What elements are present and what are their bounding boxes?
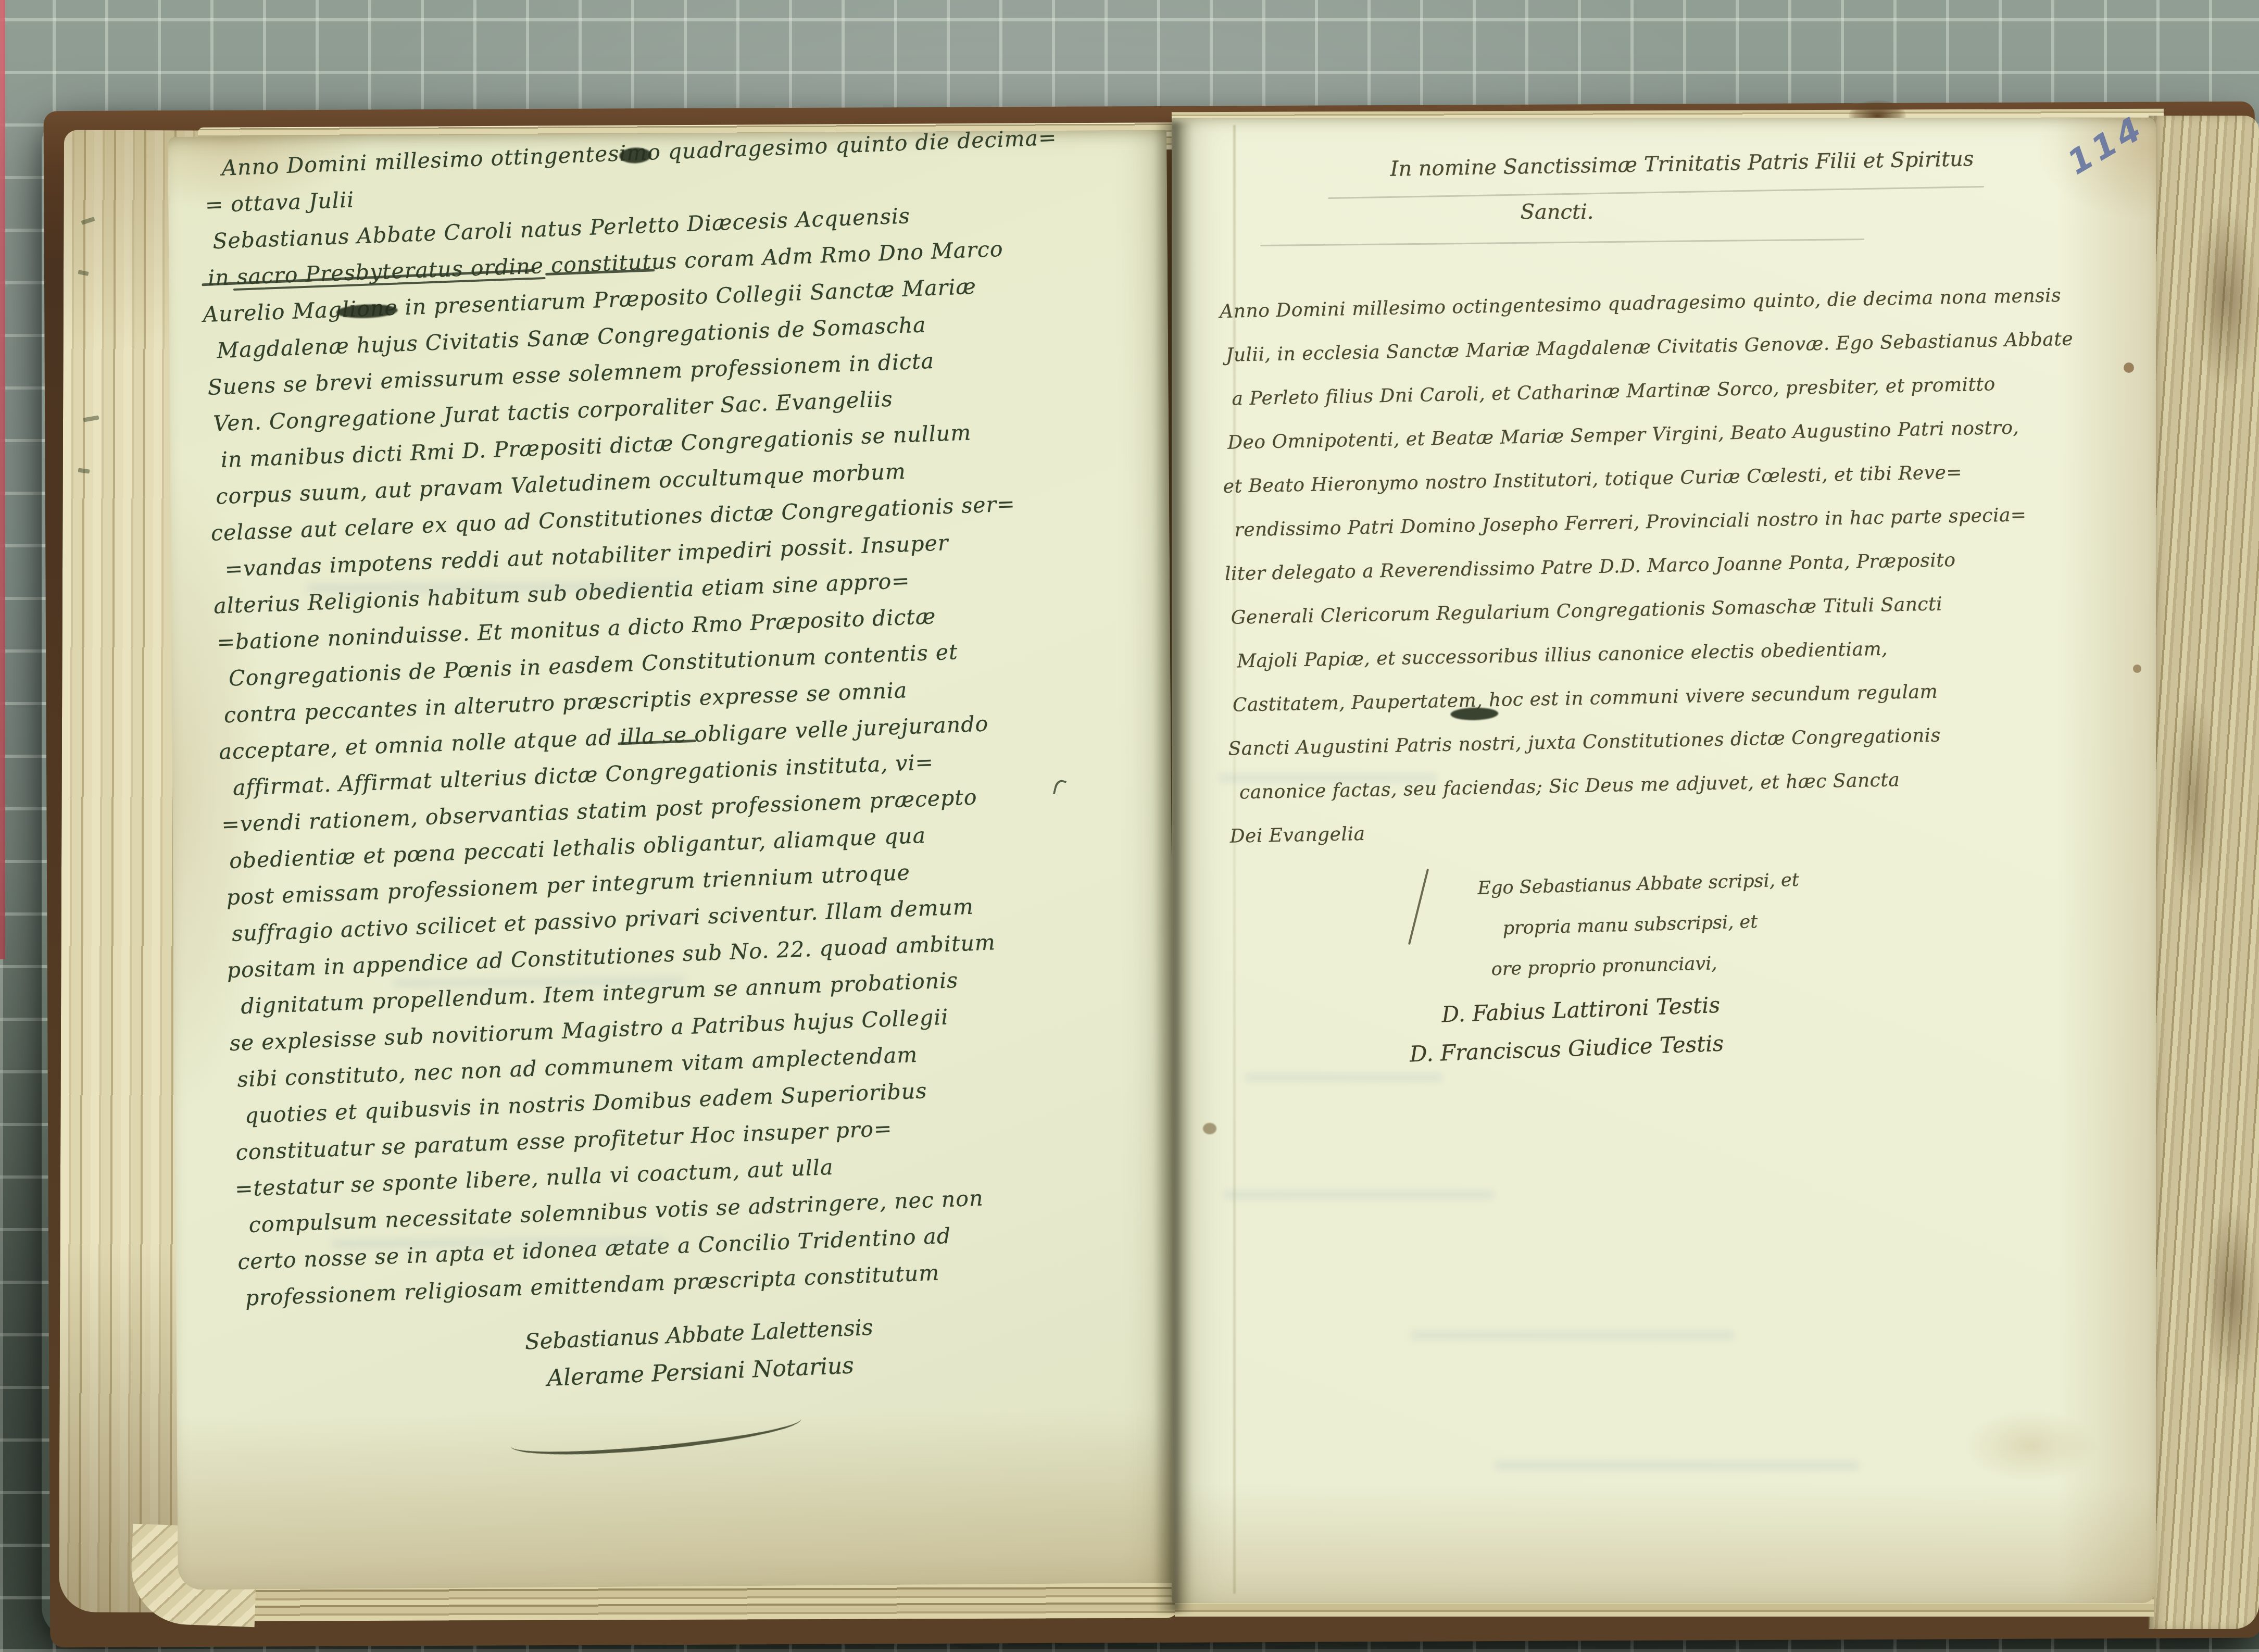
ink-show-through [1219,774,1437,782]
pencil-guide-line [1328,186,1984,199]
witness-signatures: D. Fabius Lattironi TestisD. Franciscus … [1441,992,1725,1079]
attestation-block: Ego Sebastianus Abbate scripsi, etpropri… [1477,870,1802,1000]
left-page-text-block: Anno Domini millesimo ottingentesimo qua… [197,122,1182,1322]
invocation-heading-continued: Sancti. [1245,200,1869,224]
invocation-heading: In nomine Sanctissimæ Trinitatis Patris … [1276,145,2089,183]
ink-show-through [1495,1461,1859,1470]
ink-show-through [1245,1073,1442,1082]
handwritten-line: ore proprio pronunciavi, [1491,951,1802,1000]
signature-flourish [509,1402,803,1463]
handwritten-line: propria manu subscripsi, et [1502,910,1801,959]
photographed-manuscript-scene: Anno Domini millesimo ottingentesimo qua… [0,0,2259,1652]
pencil-guide-line [1260,239,1864,246]
ink-show-through [1411,1331,1734,1340]
ink-show-through [1224,1191,1495,1199]
left-page: Anno Domini millesimo ottingentesimo qua… [168,130,1176,1590]
pen-rest-mark [1408,869,1429,945]
left-page-signatures: Sebastianus Abbate Lalettensis Alerame P… [399,1309,1000,1398]
mat-red-edge [0,0,5,959]
book-gutter-shadow [1154,122,1193,1612]
paper-stain [1963,1409,2099,1482]
fox-spot [1203,1123,1216,1134]
right-fore-edge-page-stack [2149,116,2259,1629]
page-fold-crease [1233,125,1236,1594]
right-page: 114 In nomine Sanctissimæ Trinitatis Pat… [1172,118,2156,1603]
